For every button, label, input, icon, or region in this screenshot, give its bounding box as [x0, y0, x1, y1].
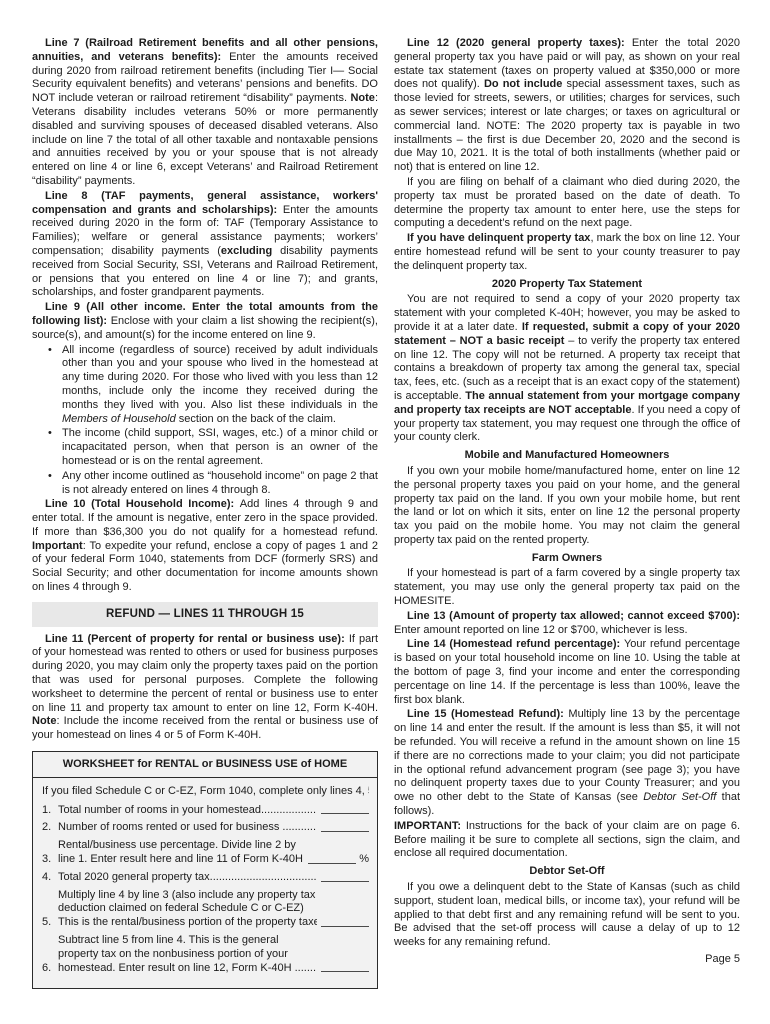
bullet-text: The income (child support, SSI, wages, e…: [62, 427, 378, 467]
italic-text: Members of Household: [62, 413, 176, 425]
bold-text: Line 10 (Total Household Income):: [45, 498, 240, 510]
text-segment: If your homestead is part of a farm cove…: [394, 567, 740, 607]
worksheet-row-line: Total 2020 general property tax.........…: [58, 871, 317, 885]
bold-text: Line 12 (2020 general property taxes):: [407, 37, 632, 49]
bold-text: Line 11 (Percent of property for rental …: [45, 633, 349, 645]
worksheet-row: 2.Number of rooms rented or used for bus…: [42, 821, 369, 835]
paragraph: If you owe a delinquent debt to the Stat…: [394, 881, 740, 950]
worksheet-row-text: Subtract line 5 from line 4. This is the…: [58, 934, 317, 975]
worksheet-row-line: Total number of rooms in your homestead.…: [58, 804, 317, 818]
text-segment: All income (regardless of source) receiv…: [62, 344, 378, 411]
worksheet-row-number: 6.: [42, 962, 58, 976]
right-column-text: Line 12 (2020 general property taxes): E…: [394, 37, 740, 950]
paragraph: If you have delinquent property tax, mar…: [394, 232, 740, 273]
bold-text: If you have delinquent property tax: [407, 232, 590, 244]
worksheet-row-text: Total number of rooms in your homestead.…: [58, 804, 317, 818]
entry-blank: [321, 812, 369, 814]
text-segment: : To expedite your refund, enclose a cop…: [32, 540, 378, 593]
paragraph: Line 12 (2020 general property taxes): E…: [394, 37, 740, 175]
text-segment: section on the back of the claim.: [176, 413, 336, 425]
paragraph: Line 11 (Percent of property for rental …: [32, 633, 378, 743]
bullet-text: All income (regardless of source) receiv…: [62, 344, 378, 425]
worksheet-row-text: Rental/business use percentage. Divide l…: [58, 839, 304, 867]
paragraph: Line 15 (Homestead Refund): Multiply lin…: [394, 708, 740, 818]
text-segment: special assessment taxes, such as those …: [394, 78, 740, 173]
section-heading: Farm Owners: [394, 552, 740, 566]
worksheet-row-line: This is the rental/business portion of t…: [58, 916, 317, 930]
bullet-item: •The income (child support, SSI, wages, …: [32, 427, 378, 468]
text-segment: Any other income outlined as “household …: [62, 470, 378, 496]
paragraph: If you are filing on behalf of a claiman…: [394, 176, 740, 231]
section-banner: REFUND — LINES 11 THROUGH 15: [32, 602, 378, 627]
worksheet-row: 4.Total 2020 general property tax.......…: [42, 871, 369, 885]
worksheet-row-number: 1.: [42, 804, 58, 818]
bold-text: Do not include: [484, 78, 562, 90]
worksheet-body: If you filed Schedule C or C-EZ, Form 10…: [33, 778, 377, 989]
text-segment: If you owe a delinquent debt to the Stat…: [394, 881, 740, 948]
entry-blank: [321, 880, 369, 882]
text-segment: If you own your mobile home/manufactured…: [394, 465, 740, 546]
worksheet-row-line: Subtract line 5 from line 4. This is the…: [58, 934, 317, 948]
text-segment: If you are filing on behalf of a claiman…: [394, 176, 740, 229]
section-heading: 2020 Property Tax Statement: [394, 278, 740, 292]
text-segment: : Veterans disability includes veterans …: [32, 92, 378, 187]
bullet-icon: •: [48, 427, 52, 441]
right-column: Line 12 (2020 general property taxes): E…: [394, 37, 740, 1024]
worksheet-row: 6.Subtract line 5 from line 4. This is t…: [42, 934, 369, 975]
entry-blank: [308, 862, 356, 864]
bullet-icon: •: [48, 470, 52, 484]
paragraph: Line 8 (TAF payments, general assistance…: [32, 190, 378, 300]
worksheet-row-line: line 1. Enter result here and line 11 of…: [58, 853, 304, 867]
entry-blank: [321, 970, 369, 972]
bullet-item: •Any other income outlined as “household…: [32, 470, 378, 498]
worksheet-row-text: Multiply line 4 by line 3 (also include …: [58, 889, 317, 930]
paragraph: Line 13 (Amount of property tax allowed;…: [394, 610, 740, 638]
bullet-item: •All income (regardless of source) recei…: [32, 344, 378, 427]
entry-blank: [321, 925, 369, 927]
bold-text: Line 14 (Homestead refund percentage):: [407, 638, 624, 650]
bullet-text: Any other income outlined as “household …: [62, 470, 378, 496]
worksheet-row-number: 2.: [42, 821, 58, 835]
text-segment: The income (child support, SSI, wages, e…: [62, 427, 378, 467]
worksheet-row-number: 3.: [42, 853, 58, 867]
worksheet-row-line: homestead. Enter result on line 12, Form…: [58, 962, 317, 976]
bold-text: Line 15 (Homestead Refund):: [407, 708, 568, 720]
bullet-icon: •: [48, 344, 52, 358]
worksheet-row-number: 4.: [42, 871, 58, 885]
bold-text: Note: [350, 92, 374, 104]
paragraph: Line 14 (Homestead refund percentage): Y…: [394, 638, 740, 707]
paragraph: IMPORTANT: Instructions for the back of …: [394, 820, 740, 861]
entry-blank: [321, 830, 369, 832]
paragraph: If your homestead is part of a farm cove…: [394, 567, 740, 608]
text-segment: : Include the income received from the r…: [32, 715, 378, 741]
page-number: Page 5: [394, 953, 740, 967]
bold-text: Important: [32, 540, 83, 552]
worksheet-row: 5.Multiply line 4 by line 3 (also includ…: [42, 889, 369, 930]
bold-text: excluding: [221, 245, 272, 257]
worksheet-intro: If you filed Schedule C or C-EZ, Form 10…: [42, 785, 369, 799]
worksheet-row: 1.Total number of rooms in your homestea…: [42, 804, 369, 818]
worksheet-row-text: Total 2020 general property tax.........…: [58, 871, 317, 885]
worksheet-row-line: Number of rooms rented or used for busin…: [58, 821, 317, 835]
bold-text: Line 13 (Amount of property tax allowed;…: [407, 610, 740, 622]
rental-business-worksheet: WORKSHEET for RENTAL or BUSINESS USE of …: [32, 751, 378, 989]
text-segment: Multiply line 13 by the percentage on li…: [394, 708, 740, 803]
paragraph: If you own your mobile home/manufactured…: [394, 465, 740, 548]
section-heading: Debtor Set-Off: [394, 865, 740, 879]
section-heading: Mobile and Manufactured Homeowners: [394, 449, 740, 463]
italic-text: Debtor Set-Off: [643, 791, 716, 803]
worksheet-row: 3.Rental/business use percentage. Divide…: [42, 839, 369, 867]
document-page: Line 7 (Railroad Retirement benefits and…: [0, 0, 770, 1024]
worksheet-row-line: property tax on the nonbusiness portion …: [58, 948, 317, 962]
paragraph: You are not required to send a copy of y…: [394, 293, 740, 445]
unit-label: %: [359, 853, 369, 867]
bold-text: IMPORTANT:: [394, 820, 461, 832]
worksheet-row-line: Rental/business use percentage. Divide l…: [58, 839, 304, 853]
worksheet-row-line: deduction claimed on federal Schedule C …: [58, 902, 317, 916]
worksheet-row-line: Multiply line 4 by line 3 (also include …: [58, 889, 317, 903]
paragraph: Line 10 (Total Household Income): Add li…: [32, 498, 378, 595]
bold-text: Note: [32, 715, 56, 727]
worksheet-row-text: Number of rooms rented or used for busin…: [58, 821, 317, 835]
worksheet-row-number: 5.: [42, 916, 58, 930]
paragraph: Line 9 (All other income. Enter the tota…: [32, 301, 378, 342]
text-segment: Enter amount reported on line 12 or $700…: [394, 624, 688, 636]
paragraph: Line 7 (Railroad Retirement benefits and…: [32, 37, 378, 189]
left-column: Line 7 (Railroad Retirement benefits and…: [32, 37, 378, 1024]
worksheet-title: WORKSHEET for RENTAL or BUSINESS USE of …: [33, 752, 377, 778]
